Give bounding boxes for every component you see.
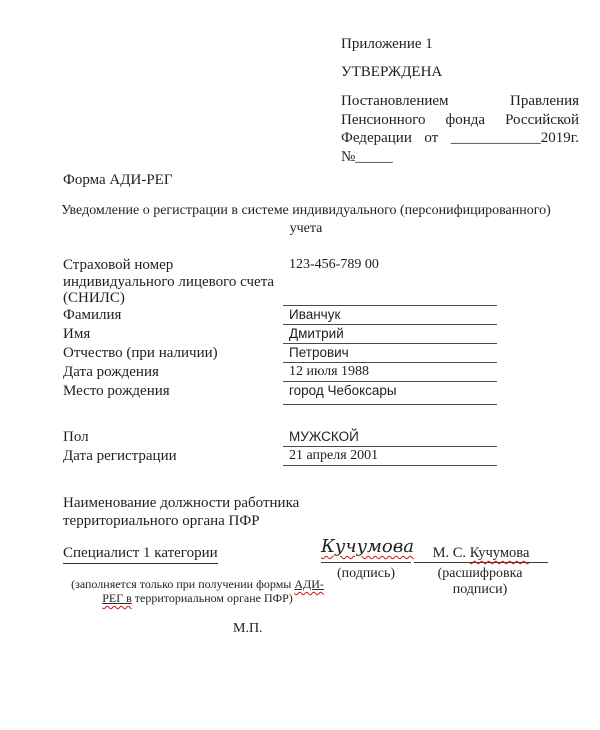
fill-note-text: территориальном органе ПФР): [132, 591, 293, 605]
field-value-registration-date: 21 апреля 2001: [283, 447, 497, 466]
transcript-surname: Кучумова: [470, 545, 530, 561]
personal-fields-table: Страховой номер индивидуального лицевого…: [63, 257, 497, 405]
field-label: Страховой номер индивидуального лицевого…: [63, 257, 283, 306]
fill-note: (заполняется только при получении формы …: [55, 577, 340, 605]
field-label: Место рождения: [63, 382, 283, 405]
field-label: Фамилия: [63, 306, 283, 325]
field-value-patronymic: Петрович: [283, 344, 497, 363]
field-row-birthplace: Место рождения город Чебоксары: [63, 382, 497, 405]
field-row-gender: Пол МУЖСКОЙ: [63, 428, 497, 447]
position-value: Специалист 1 категории: [63, 545, 218, 564]
registration-fields-table: Пол МУЖСКОЙ Дата регистрации 21 апреля 2…: [63, 428, 497, 466]
field-row-lastname: Фамилия Иванчук: [63, 306, 497, 325]
adi-reg-document: Приложение 1 УТВЕРЖДЕНА Постановлением П…: [0, 0, 600, 730]
field-row-patronymic: Отчество (при наличии) Петрович: [63, 344, 497, 363]
field-value-birthdate: 12 июля 1988: [283, 363, 497, 382]
appendix-label: Приложение 1: [341, 36, 579, 53]
transcript-caption: (расшифровка подписи): [414, 566, 546, 598]
fill-note-marked-word: АДИ-: [294, 577, 324, 591]
fill-note-text: (заполняется только при получении формы: [71, 577, 294, 591]
document-title: Уведомление о регистрации в системе инди…: [56, 202, 556, 238]
field-row-registration-date: Дата регистрации 21 апреля 2001: [63, 447, 497, 466]
signature-line: Кучумова: [321, 534, 411, 563]
field-value-lastname: Иванчук: [283, 306, 497, 325]
transcript-initials: М. С.: [433, 545, 470, 561]
resolution-number-line: №_____: [341, 148, 579, 167]
resolution-line: Федерации от ____________2019г.: [341, 129, 579, 148]
fill-note-line2: РЕГ в территориальном органе ПФР): [55, 591, 340, 605]
signature-transcript-line: М. С. Кучумова: [414, 544, 548, 563]
handwritten-signature: Кучумова: [321, 536, 414, 557]
position-title-label: Наименование должности работника террито…: [63, 494, 313, 530]
field-label: Дата регистрации: [63, 447, 283, 466]
field-value-snils: 123-456-789 00: [283, 257, 497, 306]
field-row-snils: Страховой номер индивидуального лицевого…: [63, 257, 497, 306]
field-value-firstname: Дмитрий: [283, 325, 497, 344]
signature-caption: (подпись): [321, 566, 411, 582]
resolution-paragraph: Постановлением Правления Пенсионного фон…: [341, 92, 579, 166]
field-label: Имя: [63, 325, 283, 344]
field-label: Дата рождения: [63, 363, 283, 382]
resolution-line: Постановлением Правления: [341, 92, 579, 111]
field-label: Пол: [63, 428, 283, 447]
field-value-birthplace: город Чебоксары: [283, 382, 497, 405]
field-row-firstname: Имя Дмитрий: [63, 325, 497, 344]
form-name: Форма АДИ-РЕГ: [63, 172, 173, 189]
resolution-line: Пенсионного фонда Российской: [341, 111, 579, 130]
stamp-placeholder: М.П.: [233, 621, 263, 637]
field-value-gender: МУЖСКОЙ: [283, 428, 497, 447]
fill-note-marked-word: РЕГ в: [102, 591, 132, 605]
approved-label: УТВЕРЖДЕНА: [341, 64, 579, 81]
field-row-birthdate: Дата рождения 12 июля 1988: [63, 363, 497, 382]
fill-note-line1: (заполняется только при получении формы …: [55, 577, 340, 591]
field-label: Отчество (при наличии): [63, 344, 283, 363]
